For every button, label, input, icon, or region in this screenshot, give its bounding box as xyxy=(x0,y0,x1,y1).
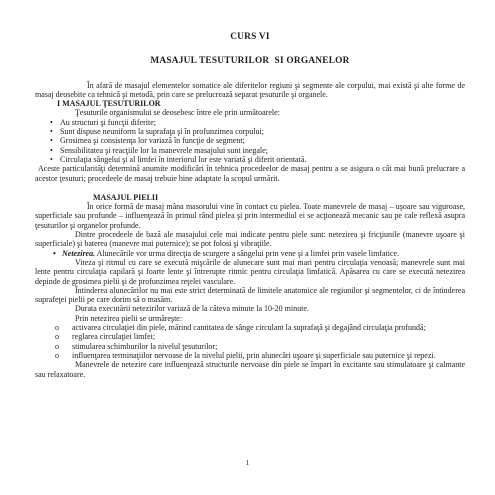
list-item: • Circulaţia sângelui şi al limfei în in… xyxy=(35,155,465,164)
section-heading-tesuturi: I MASAJUL ŢESUTURILOR xyxy=(35,99,465,108)
paragraph-procedee: Dintre procedeele de bază ale masajului … xyxy=(35,230,465,249)
paragraph-intro: În afară de masajul elementelor somatice… xyxy=(35,81,465,100)
paragraph-viteza: Viteza şi ritmul cu care se execută mişc… xyxy=(35,258,465,286)
list-item: • Au structuri şi funcţii diferite; xyxy=(35,118,465,127)
list-item-text: Circulaţia sângelui şi al limfei în inte… xyxy=(60,155,465,164)
paragraph-manevrele: Manevrele de netezire care influenţează … xyxy=(35,360,465,379)
list-item-text: Grosimea şi consistenţa lor variază în f… xyxy=(60,136,465,145)
document-page: CURS VI MASAJUL TESUTURILOR SI ORGANELOR… xyxy=(0,0,495,495)
page-number: 1 xyxy=(0,458,495,467)
document-title: MASAJUL TESUTURILOR SI ORGANELOR xyxy=(35,57,465,66)
list-item-text: Au structuri şi funcţii diferite; xyxy=(60,118,465,127)
list-item-text: activarea circulaţiei din piele, mărind … xyxy=(72,323,465,332)
bullet-icon: • xyxy=(53,249,62,258)
list-item-lead: Netezirea. xyxy=(62,249,95,258)
bullet-icon: • xyxy=(50,146,60,155)
bullet-icon: • xyxy=(50,127,60,136)
circle-bullet-icon: o xyxy=(55,323,72,332)
list-item-text: Sensibilitatea şi reacţiile lor la manev… xyxy=(60,146,465,155)
paragraph-particularitati: Aceste particularităţi determină anumite… xyxy=(35,164,465,183)
circle-list-item: o reglarea circulaţiei limfei; xyxy=(35,332,465,341)
section-heading-pielii: MASAJUL PIELII xyxy=(35,193,465,202)
course-title: CURS VI xyxy=(35,33,465,42)
circle-bullet-icon: o xyxy=(55,351,72,360)
list-item: • Sunt dispuse neuniform la suprafaţa şi… xyxy=(35,127,465,136)
circle-bullet-icon: o xyxy=(55,342,72,351)
list-item-text: influenţarea terminaţiilor nervoase de l… xyxy=(72,351,465,360)
paragraph-orice-forma: În orice formă de masaj mâna masorului v… xyxy=(35,202,465,230)
bullet-icon: • xyxy=(50,155,60,164)
circle-bullet-icon: o xyxy=(55,332,72,341)
list-item-text: Sunt dispuse neuniform la suprafaţa şi î… xyxy=(60,127,465,136)
list-item-netezirea: • Netezirea. Alunecările vor urma direcţ… xyxy=(35,249,465,258)
list-item-text: stimularea schimburilor la nivelul ţesut… xyxy=(72,342,465,351)
bullet-icon: • xyxy=(50,118,60,127)
paragraph-tesuturi-intro: Ţesuturile organismului se deosebesc înt… xyxy=(35,108,465,117)
circle-list-item: o activarea circulaţiei din piele, mărin… xyxy=(35,323,465,332)
list-item-text: Netezirea. Alunecările vor urma direcţia… xyxy=(62,249,465,258)
circle-list-item: o influenţarea terminaţiilor nervoase de… xyxy=(35,351,465,360)
list-item: • Grosimea şi consistenţa lor variază în… xyxy=(35,136,465,145)
circle-list-item: o stimularea schimburilor la nivelul ţes… xyxy=(35,342,465,351)
paragraph-prin-netezirea: Prin netezirea pielii se urmăreşte: xyxy=(35,314,465,323)
list-item-text: reglarea circulaţiei limfei; xyxy=(72,332,465,341)
bullet-icon: • xyxy=(50,136,60,145)
paragraph-intinderea: Întinderea alunecărilor nu mai este stri… xyxy=(35,286,465,305)
list-item-body: Alunecările vor urma direcţia de scurger… xyxy=(97,249,399,258)
list-item: • Sensibilitatea şi reacţiile lor la man… xyxy=(35,146,465,155)
paragraph-durata: Durata executării netezirilor variază de… xyxy=(35,304,465,313)
